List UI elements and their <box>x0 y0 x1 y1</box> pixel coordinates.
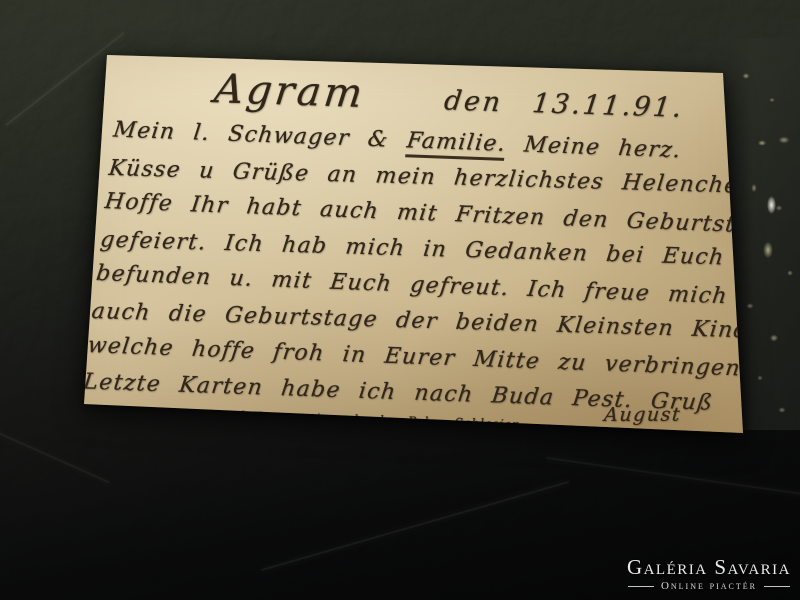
signature: August <box>604 407 682 423</box>
watermark-rule-right <box>764 586 790 587</box>
salutation-post: Meine herz. <box>505 132 683 163</box>
watermark-rule-left <box>628 586 654 587</box>
paper-surface: Agram den 13.11.91. Mein l. Schwager & F… <box>78 52 746 436</box>
heading-place: Agram <box>212 66 368 117</box>
white-speck <box>767 196 776 214</box>
salutation-pre: Mein l. Schwager & <box>112 118 409 154</box>
postcard: Agram den 13.11.91. Mein l. Schwager & F… <box>78 52 746 436</box>
photo-scene: Agram den 13.11.91. Mein l. Schwager & F… <box>0 0 800 600</box>
heading-date: den 13.11.91. <box>443 85 686 123</box>
watermark: Galéria Savaria Online piactér <box>627 556 791 592</box>
watermark-title: Galéria Savaria <box>627 556 791 578</box>
watermark-subtitle-row: Online piactér <box>627 580 791 592</box>
underlined-word: Familie. <box>405 128 508 161</box>
handwriting-layer: Agram den 13.11.91. Mein l. Schwager & F… <box>71 58 718 438</box>
watermark-subtitle: Online piactér <box>661 580 757 592</box>
